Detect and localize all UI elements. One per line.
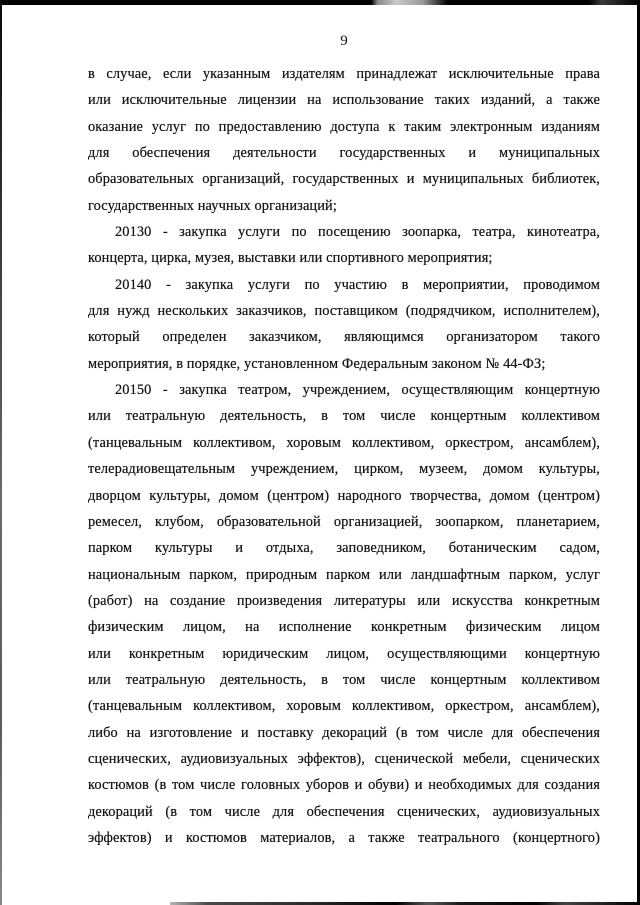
document-body: в случае, если указанным издателям прина…	[88, 61, 600, 851]
text-line: оказание услуг по предоставлению доступа…	[88, 114, 600, 140]
page-number: 9	[88, 33, 600, 50]
text-line: (танцевальным коллективом, хоровым колле…	[88, 430, 600, 456]
text-line: физическим лицом, на исполнение конкретн…	[88, 614, 600, 640]
text-line: декораций (в том числе для обеспечения с…	[88, 799, 600, 825]
text-line: ремесел, клубом, образовательной организ…	[88, 509, 600, 535]
text-line: концерта, цирка, музея, выставки или спо…	[88, 245, 600, 271]
text-line: 20150 - закупка театром, учреждением, ос…	[88, 377, 600, 403]
page-border-left	[0, 0, 2, 905]
text-line: образовательных организаций, государстве…	[88, 166, 600, 192]
text-line: (работ) на создание произведения литерат…	[88, 588, 600, 614]
text-line: телерадиовещательным учреждением, цирком…	[88, 456, 600, 482]
text-line: или исключительные лицензии на использов…	[88, 87, 600, 113]
text-line: национальным парком, природным парком ил…	[88, 562, 600, 588]
text-line: эффектов) и костюмов материалов, а также…	[88, 825, 600, 851]
text-line: для обеспечения деятельности государстве…	[88, 140, 600, 166]
text-line: или театральную деятельность, в том числ…	[88, 667, 600, 693]
text-line: в случае, если указанным издателям прина…	[88, 61, 600, 87]
paragraph: 20140 - закупка услуги по участию в меро…	[88, 272, 600, 377]
page-border-top	[0, 0, 640, 5]
text-line: парком культуры и отдыха, заповедником, …	[88, 535, 600, 561]
text-line: который определен заказчиком, являющимся…	[88, 324, 600, 350]
text-line: либо на изготовление и поставку декораци…	[88, 720, 600, 746]
text-line: для нужд нескольких заказчиков, поставщи…	[88, 298, 600, 324]
paragraph: 20150 - закупка театром, учреждением, ос…	[88, 377, 600, 851]
text-line: государственных научных организаций;	[88, 193, 600, 219]
paragraph: 20130 - закупка услуги по посещению зооп…	[88, 219, 600, 272]
text-line: сценических, аудиовизуальных эффектов), …	[88, 746, 600, 772]
text-line: дворцом культуры, домом (центром) народн…	[88, 483, 600, 509]
paragraph: в случае, если указанным издателям прина…	[88, 61, 600, 219]
text-line: 20140 - закупка услуги по участию в меро…	[88, 272, 600, 298]
text-line: мероприятия, в порядке, установленном Фе…	[88, 351, 600, 377]
text-line: или конкретным юридическим лицом, осущес…	[88, 641, 600, 667]
text-line: 20130 - закупка услуги по посещению зооп…	[88, 219, 600, 245]
text-line: костюмов (в том числе головных уборов и …	[88, 772, 600, 798]
text-line: (танцевальным коллективом, хоровым колле…	[88, 693, 600, 719]
text-line: или театральную деятельность, в том числ…	[88, 403, 600, 429]
